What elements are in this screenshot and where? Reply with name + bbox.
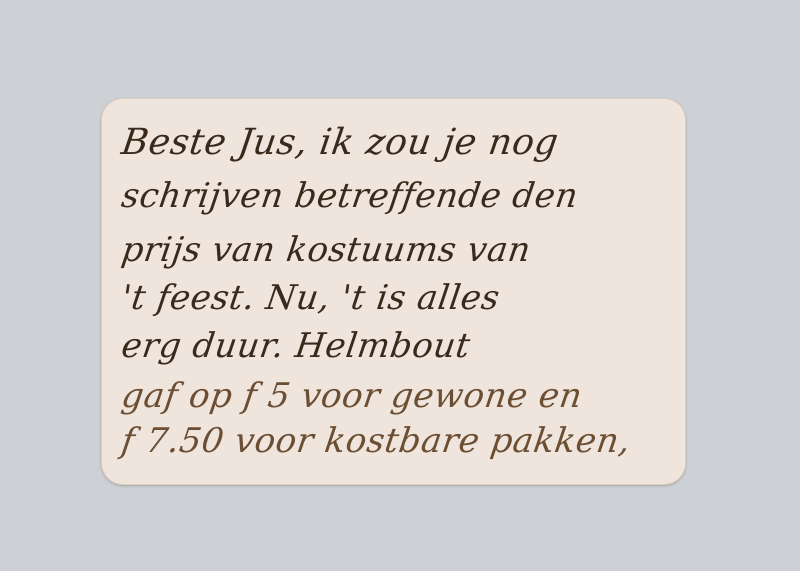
handwriting-line-2: schrijven betreffende den	[119, 176, 581, 216]
handwriting-line-7: f 7.50 voor kostbare pakken,	[119, 421, 633, 461]
handwriting-line-4: 't feest. Nu, 't is alles	[119, 278, 502, 318]
handwriting-line-3: prijs van kostuums van	[119, 230, 533, 270]
handwriting-line-5: erg duur. Helmbout	[119, 326, 473, 366]
handwriting-line-1: Beste Jus, ik zou je nog	[119, 122, 561, 163]
handwriting-line-6: gaf op f 5 voor gewone en	[119, 376, 585, 416]
handwritten-card: Beste Jus, ik zou je nog schrijven betre…	[101, 98, 686, 485]
